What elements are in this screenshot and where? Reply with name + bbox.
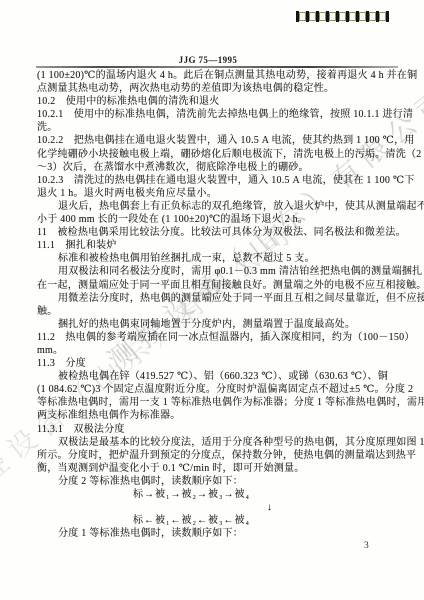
text-line: 化学纯硼砂小块接触电极上端，硼砂熔化后顺电极流下，清洗电极上的污垢。清洗（2 bbox=[37, 148, 400, 161]
scanned-document-page: JJG 75—1995 测控设备（山东）有限公司 测控设备（山东）有限公司 (1… bbox=[0, 0, 424, 600]
text-line: 10.2.2 把热电偶挂在通电退火装置中，通入 10.5 A 电流，使其约热到 … bbox=[37, 134, 400, 147]
text-line: 触。 bbox=[37, 305, 400, 318]
text-line: 标←被₁←被₂←被₃←被₄ bbox=[10, 514, 373, 527]
text-line: 所示。分度时，把炉温升到预定的分度点，保持数分钟，使热电偶的测量端达到热平 bbox=[37, 449, 400, 462]
text-line: 11.2 热电偶的参考端应插在同一冰点恒温器内，插入深度相同，约为（100－15… bbox=[37, 331, 400, 344]
text-line: (1 100±20)℃的温场内退火 4 h。此后在铜点测量其热电动势，接着再退火… bbox=[37, 69, 400, 82]
strip-square bbox=[379, 12, 386, 21]
text-line: 两支标准组热电偶作为标准器。 bbox=[37, 409, 400, 422]
text-line: 分度 1 等标准热电偶时，读数顺序如下： bbox=[37, 527, 400, 540]
standard-code: JJG 75—1995 bbox=[179, 55, 238, 65]
strip-square bbox=[309, 12, 316, 21]
text-line: 洗。 bbox=[37, 121, 400, 134]
text-line: 被检热电偶在锌（419.527 ℃）、铝（660.323 ℃）、或锑（630.6… bbox=[37, 370, 400, 383]
text-line: 11.1 捆扎和装炉 bbox=[37, 239, 400, 252]
calibration-strip bbox=[296, 10, 389, 22]
text-line: 标准和被检热电偶用铂丝捆扎成一束，总数不超过 5 支。 bbox=[37, 252, 400, 265]
page-number: 3 bbox=[364, 541, 369, 551]
strip-square bbox=[359, 12, 366, 21]
text-line: 衡，当观测到炉温变化小于 0.1 ℃/min 时，即可开始测量。 bbox=[37, 462, 400, 475]
strip-square bbox=[339, 12, 346, 21]
text-line: 退火 1 h。退火时两电极夹角应尽量小。 bbox=[37, 187, 400, 200]
text-line: 用双极法和同名极法分度时，需用 φ0.1－0.3 mm 清洁铂丝把热电偶的测量端… bbox=[37, 265, 400, 278]
text-line: 等标准热电偶时，需用一支 1 等标准热电偶作为标准器；分度 1 等标准热电偶时，… bbox=[37, 396, 400, 409]
text-line: 10.2.1 使用中的标准热电偶，清洗前先去掉热电偶上的绝缘管，按照 10.1.… bbox=[37, 108, 400, 121]
text-line: (1 084.62 ℃)3 个固定点温度附近分度。分度时炉温偏离固定点不超过±5… bbox=[37, 383, 400, 396]
text-line: ↓ bbox=[88, 501, 424, 514]
text-line: 标→被₁→被₂→被₃→被₄ bbox=[10, 488, 373, 501]
strip-square bbox=[299, 12, 306, 21]
strip-square bbox=[329, 12, 336, 21]
text-line: mm。 bbox=[37, 344, 400, 357]
strip-square bbox=[369, 12, 376, 21]
text-line: 退火后，热电偶套上有正负标志的双孔绝缘管，放入退火炉中，使其从测量端起不 bbox=[37, 200, 400, 213]
text-line: 捆扎好的热电偶束同轴地置于分度炉内，测量端置于温度最高处。 bbox=[37, 318, 400, 331]
header-rule bbox=[36, 66, 398, 68]
text-line: 在一起，测量端应处于同一平面且相互间接触良好。测量端之外的电极不应互相接触。 bbox=[37, 279, 400, 292]
text-line: 11.3.1 双极法分度 bbox=[37, 423, 400, 436]
strip-square bbox=[349, 12, 356, 21]
text-line: 10.2.3 清洗过的热电偶挂在通电退火装置中，通入 10.5 A 电流，使其在… bbox=[37, 174, 400, 187]
text-line: 分度 2 等标准热电偶时，读数顺序如下： bbox=[37, 475, 400, 488]
text-line: 10.2 使用中的标准热电偶的清洗和退火 bbox=[37, 95, 400, 108]
text-line: 小于 400 mm 长的一段处在 (1 100±20)℃的温场下退火 2 h。 bbox=[37, 213, 400, 226]
strip-square bbox=[319, 12, 326, 21]
text-line: 11.3 分度 bbox=[37, 357, 400, 370]
text-line: 双极法是最基本的比较分度法，适用于分度各种型号的热电偶，其分度原理如图 1 bbox=[37, 436, 400, 449]
text-line: ～3）次后，在蒸馏水中煮沸数次，彻底除净电极上的硼砂。 bbox=[37, 161, 400, 174]
body-text: (1 100±20)℃的温场内退火 4 h。此后在铜点测量其热电动势，接着再退火… bbox=[37, 69, 400, 540]
strip-bar bbox=[386, 11, 389, 22]
text-line: 11 被检热电偶采用比较法分度。比较法可具体分为双极法、同名极法和微差法。 bbox=[37, 226, 400, 239]
text-line: 用微差法分度时，热电偶的测量端应处于同一平面且互相之间尽量靠近，但不应接 bbox=[37, 292, 400, 305]
text-line: 点测量其热电动势，两次热电动势的差值即为该热电偶的稳定性。 bbox=[37, 82, 400, 95]
